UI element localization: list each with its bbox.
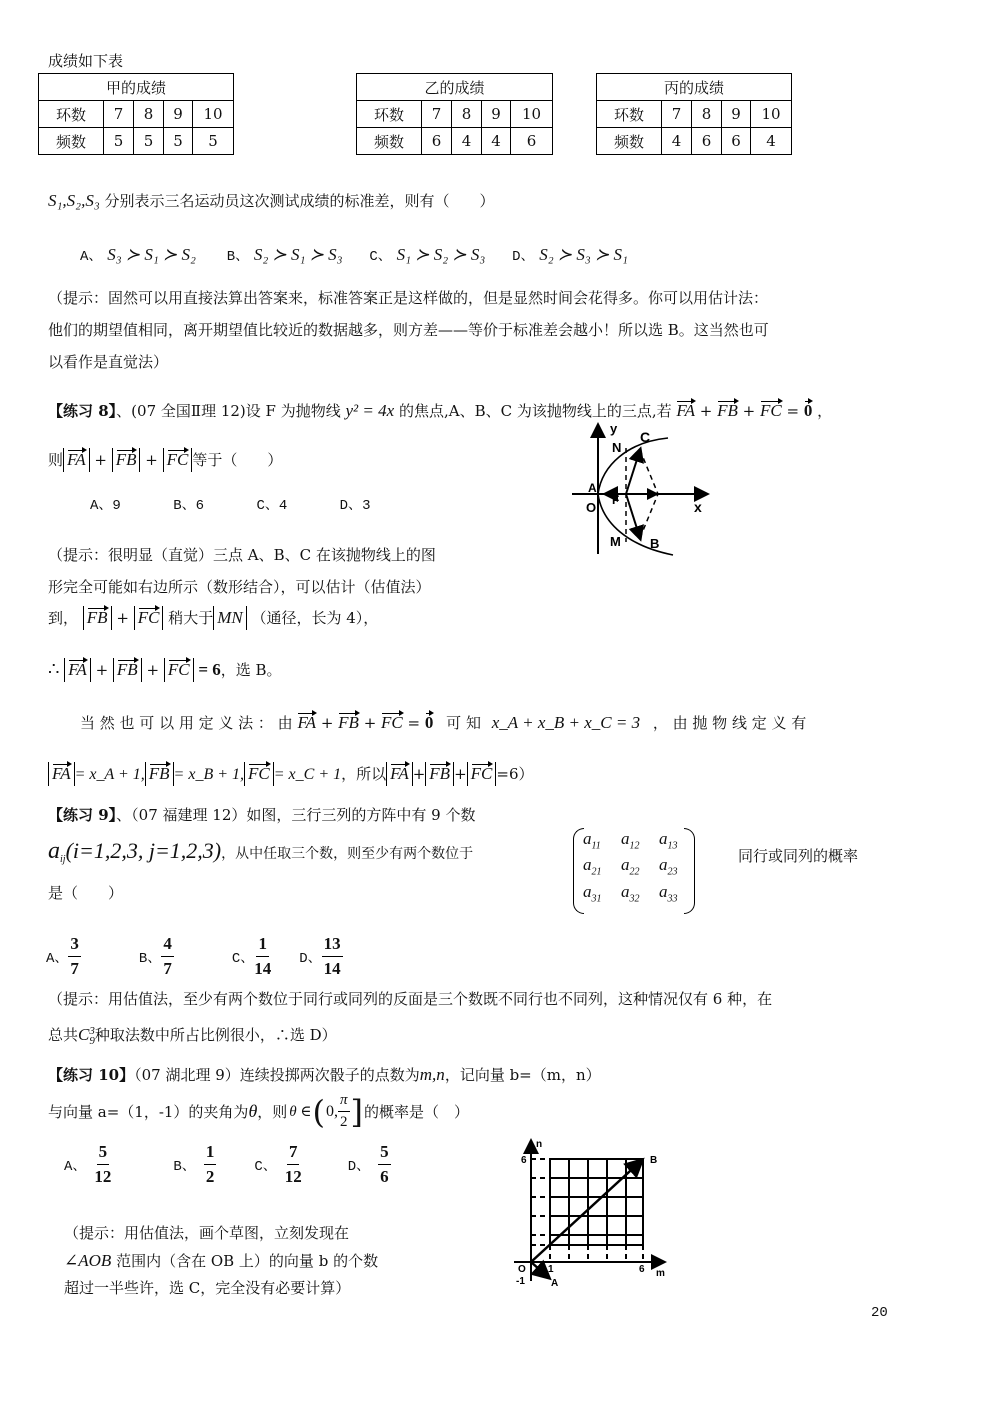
hint-line: 超过一半些许，选 C，完全没有必要计算） — [64, 1275, 378, 1302]
q9-option-d-label: D、 — [299, 947, 321, 967]
table-cell: 4 — [751, 128, 792, 155]
table-cell: 5 — [164, 128, 193, 155]
q8-option-d: 3 — [362, 498, 370, 514]
vector-fb: FB — [116, 450, 137, 470]
q7-vars: S₁,S₂,S₃ — [48, 191, 100, 210]
vector-fc: FC — [471, 764, 493, 784]
q8-option-b-label: B、 — [173, 498, 195, 514]
hint-line: 以看作是直觉法） — [48, 346, 769, 378]
q10-option-b: 12 — [204, 1142, 217, 1187]
table-cell: 6 — [692, 128, 722, 155]
q8-line2-suffix: 等于（ ） — [192, 451, 282, 469]
svg-text:6: 6 — [639, 1264, 645, 1275]
text: 可 知 — [446, 714, 481, 732]
q10-title: 【练习 10】 — [48, 1066, 134, 1084]
text: 稍大于 — [168, 609, 213, 627]
result-value: = 6 — [198, 660, 220, 679]
row-label: 环数 — [39, 101, 104, 128]
q8-hint: （提示：很明显（直觉）三点 A、B、C 在该抛物线上的图 形完全可能如右边所示（… — [48, 539, 436, 603]
text: 种取法数中所占比例很小，∴选 D） — [95, 1026, 337, 1044]
svg-text:m: m — [656, 1268, 665, 1279]
q8-option-d-label: D、 — [340, 498, 362, 514]
q9-stem3: 是（ ） — [48, 882, 123, 903]
text: = x_B + 1, — [174, 766, 244, 783]
mn-length: MN — [213, 606, 247, 630]
vector-fc: FC — [248, 764, 270, 784]
q10-line2: 与向量 a=（1，-1）的夹角为θ，则 θ ∈ ( 0, π2 ] 的概率是（ … — [48, 1092, 469, 1131]
x-sum: x_A + x_B + x_C = 3 — [492, 713, 640, 732]
zero-vector: 0 — [804, 401, 813, 421]
q8-title: 【练习 8】 — [48, 402, 116, 420]
table-title: 丙的成绩 — [597, 74, 792, 101]
vector-fc: FC — [760, 401, 782, 421]
zero-vector: 0 — [425, 713, 434, 733]
q8-option-b: 6 — [196, 498, 204, 514]
vector-fc: FC — [168, 660, 190, 680]
hint-line: 他们的期望值相同，离开期望值比较近的数据越多，则方差——等价于标准差会越小！所以… — [48, 314, 769, 346]
hint-line: （提示：固然可以用直接法算出答案来，标准答案正是这样做的，但是显然时间会花得多。… — [48, 282, 769, 314]
q7-stem-text: 分别表示三名运动员这次测试成绩的标准差，则有（ ） — [105, 192, 495, 210]
svg-text:N: N — [612, 440, 621, 455]
svg-text:6: 6 — [521, 1155, 527, 1166]
dice-grid-figure: n 6 B O 1 6 m -1 A — [508, 1136, 668, 1286]
table-cell: 5 — [104, 128, 134, 155]
q7-option-c: S₁ ≻ S₂ ≻ S₃ — [397, 245, 486, 264]
vector-fc: FC — [381, 713, 403, 733]
q8-hint-line3: 到， FB + FC 稍大于MN （通径，长为 4）， — [48, 606, 378, 630]
row-label: 环数 — [357, 101, 422, 128]
text: 总共 — [48, 1026, 78, 1044]
text: = x_C + 1 — [274, 766, 341, 783]
q10-source: （07 湖北理 9）连续投掷两次骰子的点数为 — [134, 1066, 420, 1084]
text: ，所以 — [341, 765, 386, 783]
table-cell: 4 — [662, 128, 692, 155]
table-cell: 4 — [452, 128, 482, 155]
score-table-jia: 甲的成绩 环数 7 8 9 10 频数 5 5 5 5 — [38, 73, 234, 155]
table-title: 乙的成绩 — [357, 74, 553, 101]
interval-theta: θ ∈ — [289, 1102, 311, 1121]
text: ，从中任取三个数，则至少有两个数位于 — [221, 846, 473, 862]
right-bracket: ] — [351, 1093, 363, 1131]
vector-fb: FB — [717, 401, 738, 421]
vector-fa: FA — [52, 764, 71, 784]
q9-option-d: 1314 — [322, 934, 343, 979]
table-cell: 8 — [134, 101, 164, 128]
aij-condition: (i=1,2,3, j=1,2,3) — [66, 838, 222, 863]
text: ， 由 抛 物 线 定 义 有 — [653, 714, 806, 732]
theta: θ — [248, 1101, 257, 1122]
hint-line: 范围内（含在 OB 上）的向量 b 的个数 — [116, 1252, 378, 1270]
therefore-symbol: ∴ — [48, 659, 59, 680]
q9-stem-right: 同行或同列的概率 — [738, 845, 858, 866]
q8-line2: 则FA + FB + FC等于（ ） — [48, 448, 282, 472]
table-cell: 10 — [193, 101, 234, 128]
vector-ob — [531, 1161, 641, 1262]
vector-fb: FB — [429, 764, 450, 784]
vector-fb: FB — [338, 713, 359, 733]
q8-option-a: 9 — [112, 498, 120, 514]
table-cell: 8 — [452, 101, 482, 128]
vector-fc: FC — [167, 450, 189, 470]
row-label: 环数 — [597, 101, 662, 128]
q7-options: A、 S₃ ≻ S₁ ≻ S₂ B、 S₂ ≻ S₁ ≻ S₃ C、 S₁ ≻ … — [80, 245, 628, 265]
parabola-figure: y N C A O F x M B — [568, 420, 713, 560]
table-cell: 5 — [193, 128, 234, 155]
q8-conclusion: ∴ FA + FB + FC = 6，选 B。 — [48, 658, 282, 682]
table-cell: 9 — [482, 101, 511, 128]
svg-text:O: O — [586, 500, 596, 515]
svg-text:1: 1 — [548, 1264, 554, 1275]
text: 当 然 也 可 以 用 定 义 法 ： 由 — [80, 714, 293, 732]
q9-hint-line1: （提示：用估值法，至少有两个数位于同行或同列的反面是三个数既不同行也不同列，这种… — [48, 988, 772, 1009]
svg-text:F: F — [612, 493, 619, 507]
text: ，选 B。 — [221, 661, 282, 679]
q10-option-d: 56 — [378, 1142, 391, 1187]
table-cell: 7 — [662, 101, 692, 128]
table-cell: 6 — [422, 128, 452, 155]
svg-text:A: A — [551, 1278, 558, 1286]
q8-options: A、9 B、6 C、4 D、3 — [90, 494, 370, 514]
intro-text: 成绩如下表 — [48, 50, 123, 71]
table-cell: 6 — [511, 128, 553, 155]
vector-fb: FB — [87, 608, 108, 628]
q9-source: 、（07 福建理 12）如图，三行三列的方阵中有 9 个数 — [116, 806, 475, 824]
interval-zero: 0, — [326, 1103, 338, 1121]
q10-option-a-label: A、 — [64, 1155, 86, 1175]
text: ，记向量 b=（m，n） — [445, 1066, 601, 1084]
q8-source: 、(07 全国Ⅱ理 12)设 F 为抛物线 — [116, 402, 341, 420]
q7-option-d-label: D、 — [512, 249, 534, 265]
vector-oa — [531, 1262, 548, 1277]
q9-option-b: 47 — [161, 934, 174, 979]
left-paren: ( — [313, 1093, 325, 1131]
q10-option-a: 512 — [94, 1142, 111, 1187]
q9-option-b-label: B、 — [139, 947, 161, 967]
mn: m,n — [420, 1065, 445, 1084]
vector-fb: FB — [117, 660, 138, 680]
table-cell: 10 — [751, 101, 792, 128]
q10-option-c-label: C、 — [254, 1155, 276, 1175]
page-number: 20 — [871, 1305, 888, 1321]
table-cell: 5 — [134, 128, 164, 155]
vector-fb: FB — [149, 764, 170, 784]
q10-options: A、 512 B、 12 C、 712 D、 56 — [64, 1142, 391, 1187]
q7-hint: （提示：固然可以用直接法算出答案来，标准答案正是这样做的，但是显然时间会花得多。… — [48, 282, 769, 378]
q8-definition-line2: FA= x_A + 1,FB= x_B + 1,FC= x_C + 1，所以FA… — [48, 762, 534, 786]
q10-hint: （提示：用估值法，画个草图，立刻发现在 ∠AOB 范围内（含在 OB 上）的向量… — [64, 1220, 378, 1302]
q7-option-a: S₃ ≻ S₁ ≻ S₂ — [107, 245, 196, 264]
q9-hint-line2: 总共C39种取法数中所占比例很小，∴选 D） — [48, 1024, 337, 1046]
q8-option-a-label: A、 — [90, 498, 112, 514]
combination-c: C — [78, 1025, 89, 1044]
text: = x_A + 1, — [75, 766, 145, 783]
q9-option-c-label: C、 — [232, 947, 254, 967]
q7-stem: S₁,S₂,S₃ 分别表示三名运动员这次测试成绩的标准差，则有（ ） — [48, 190, 495, 211]
svg-text:O: O — [518, 1264, 526, 1275]
svg-text:y: y — [610, 421, 618, 436]
q7-option-c-label: C、 — [369, 249, 391, 265]
vector-fa: FA — [67, 450, 86, 470]
table-cell: 7 — [104, 101, 134, 128]
aij: a — [48, 838, 60, 864]
svg-text:B: B — [650, 1155, 657, 1166]
vector-fc: FC — [138, 608, 160, 628]
table-cell: 10 — [511, 101, 553, 128]
svg-text:A: A — [588, 481, 597, 495]
hint-line: 形完全可能如右边所示（数形结合），可以估计（估值法） — [48, 571, 436, 603]
q8-option-c-label: C、 — [256, 498, 278, 514]
q8-stem: 【练习 8】、(07 全国Ⅱ理 12)设 F 为抛物线 y² = 4x 的焦点,… — [48, 400, 832, 421]
q9-title: 【练习 9】 — [48, 806, 116, 824]
q8-stem-rest: 的焦点,A、B、C 为该抛物线上的三点,若 — [399, 402, 672, 420]
row-label: 频数 — [39, 128, 104, 155]
q8-definition-line1: 当 然 也 可 以 用 定 义 法 ： 由 FA + FB + FC = 0 可… — [80, 712, 806, 733]
text: （通径，长为 4）， — [252, 609, 379, 627]
text: 与向量 a=（1，-1）的夹角为 — [48, 1101, 248, 1122]
table-cell: 9 — [722, 101, 751, 128]
text: 的概率是（ ） — [364, 1101, 469, 1122]
text: =6） — [496, 765, 533, 783]
q10-option-d-label: D、 — [348, 1155, 370, 1175]
row-label: 频数 — [597, 128, 662, 155]
vector-fa: FA — [390, 764, 409, 784]
table-cell: 4 — [482, 128, 511, 155]
table-cell: 9 — [164, 101, 193, 128]
score-table-bing: 丙的成绩 环数 7 8 9 10 频数 4 6 6 4 — [596, 73, 792, 155]
matrix-a: a11a12a13 a21a22a23 a31a32a33 — [583, 829, 697, 904]
q9-options: A、 37 B、 47 C、 114 D、 1314 — [46, 934, 343, 979]
pi-over-2: π2 — [338, 1092, 350, 1131]
q8-line2-prefix: 则 — [48, 451, 63, 469]
q10-stem: 【练习 10】（07 湖北理 9）连续投掷两次骰子的点数为m,n，记向量 b=（… — [48, 1064, 601, 1085]
table-cell: 8 — [692, 101, 722, 128]
q9-option-a-label: A、 — [46, 947, 68, 967]
angle-aob: ∠AOB — [64, 1251, 111, 1270]
svg-text:n: n — [536, 1139, 542, 1150]
vector-fa: FA — [68, 660, 87, 680]
q10-option-b-label: B、 — [173, 1155, 195, 1175]
hint-line: （提示：很明显（直觉）三点 A、B、C 在该抛物线上的图 — [48, 539, 436, 571]
table-cell: 7 — [422, 101, 452, 128]
q9-option-a: 37 — [68, 934, 81, 979]
table-cell: 6 — [722, 128, 751, 155]
hint-line: （提示：用估值法，画个草图，立刻发现在 — [64, 1220, 378, 1247]
svg-text:M: M — [610, 534, 621, 549]
text: 到， — [48, 609, 78, 627]
svg-text:x: x — [694, 499, 702, 515]
q7-option-b-label: B、 — [227, 249, 249, 265]
score-table-yi: 乙的成绩 环数 7 8 9 10 频数 6 4 4 6 — [356, 73, 553, 155]
svg-text:C: C — [640, 429, 650, 445]
q9-line2: aij(i=1,2,3, j=1,2,3)，从中任取三个数，则至少有两个数位于 — [48, 838, 473, 865]
svg-text:-1: -1 — [516, 1276, 525, 1286]
q10-option-c: 712 — [285, 1142, 302, 1187]
q8-equation: y² = 4x — [346, 401, 395, 420]
vector-fa: FA — [297, 713, 316, 733]
q7-option-b: S₂ ≻ S₁ ≻ S₃ — [254, 245, 343, 264]
text: ，则 — [257, 1101, 287, 1122]
row-label: 频数 — [357, 128, 422, 155]
vector-fa: FA — [676, 401, 695, 421]
q8-option-c: 4 — [279, 498, 287, 514]
table-title: 甲的成绩 — [39, 74, 234, 101]
q7-option-a-label: A、 — [80, 249, 102, 265]
q7-option-d: S₂ ≻ S₃ ≻ S₁ — [539, 245, 628, 264]
svg-text:B: B — [650, 536, 659, 551]
q9-option-c: 114 — [254, 934, 271, 979]
q9-stem: 【练习 9】、（07 福建理 12）如图，三行三列的方阵中有 9 个数 — [48, 804, 475, 825]
